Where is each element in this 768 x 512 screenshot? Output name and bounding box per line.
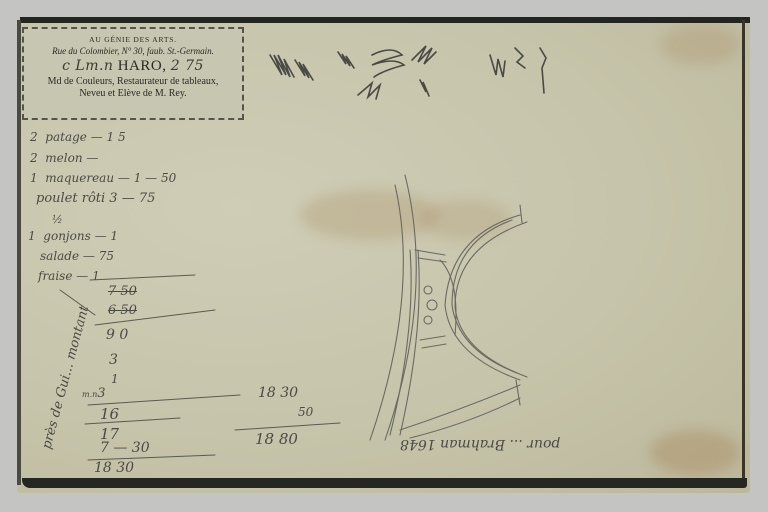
pencil-sketch bbox=[0, 0, 768, 512]
